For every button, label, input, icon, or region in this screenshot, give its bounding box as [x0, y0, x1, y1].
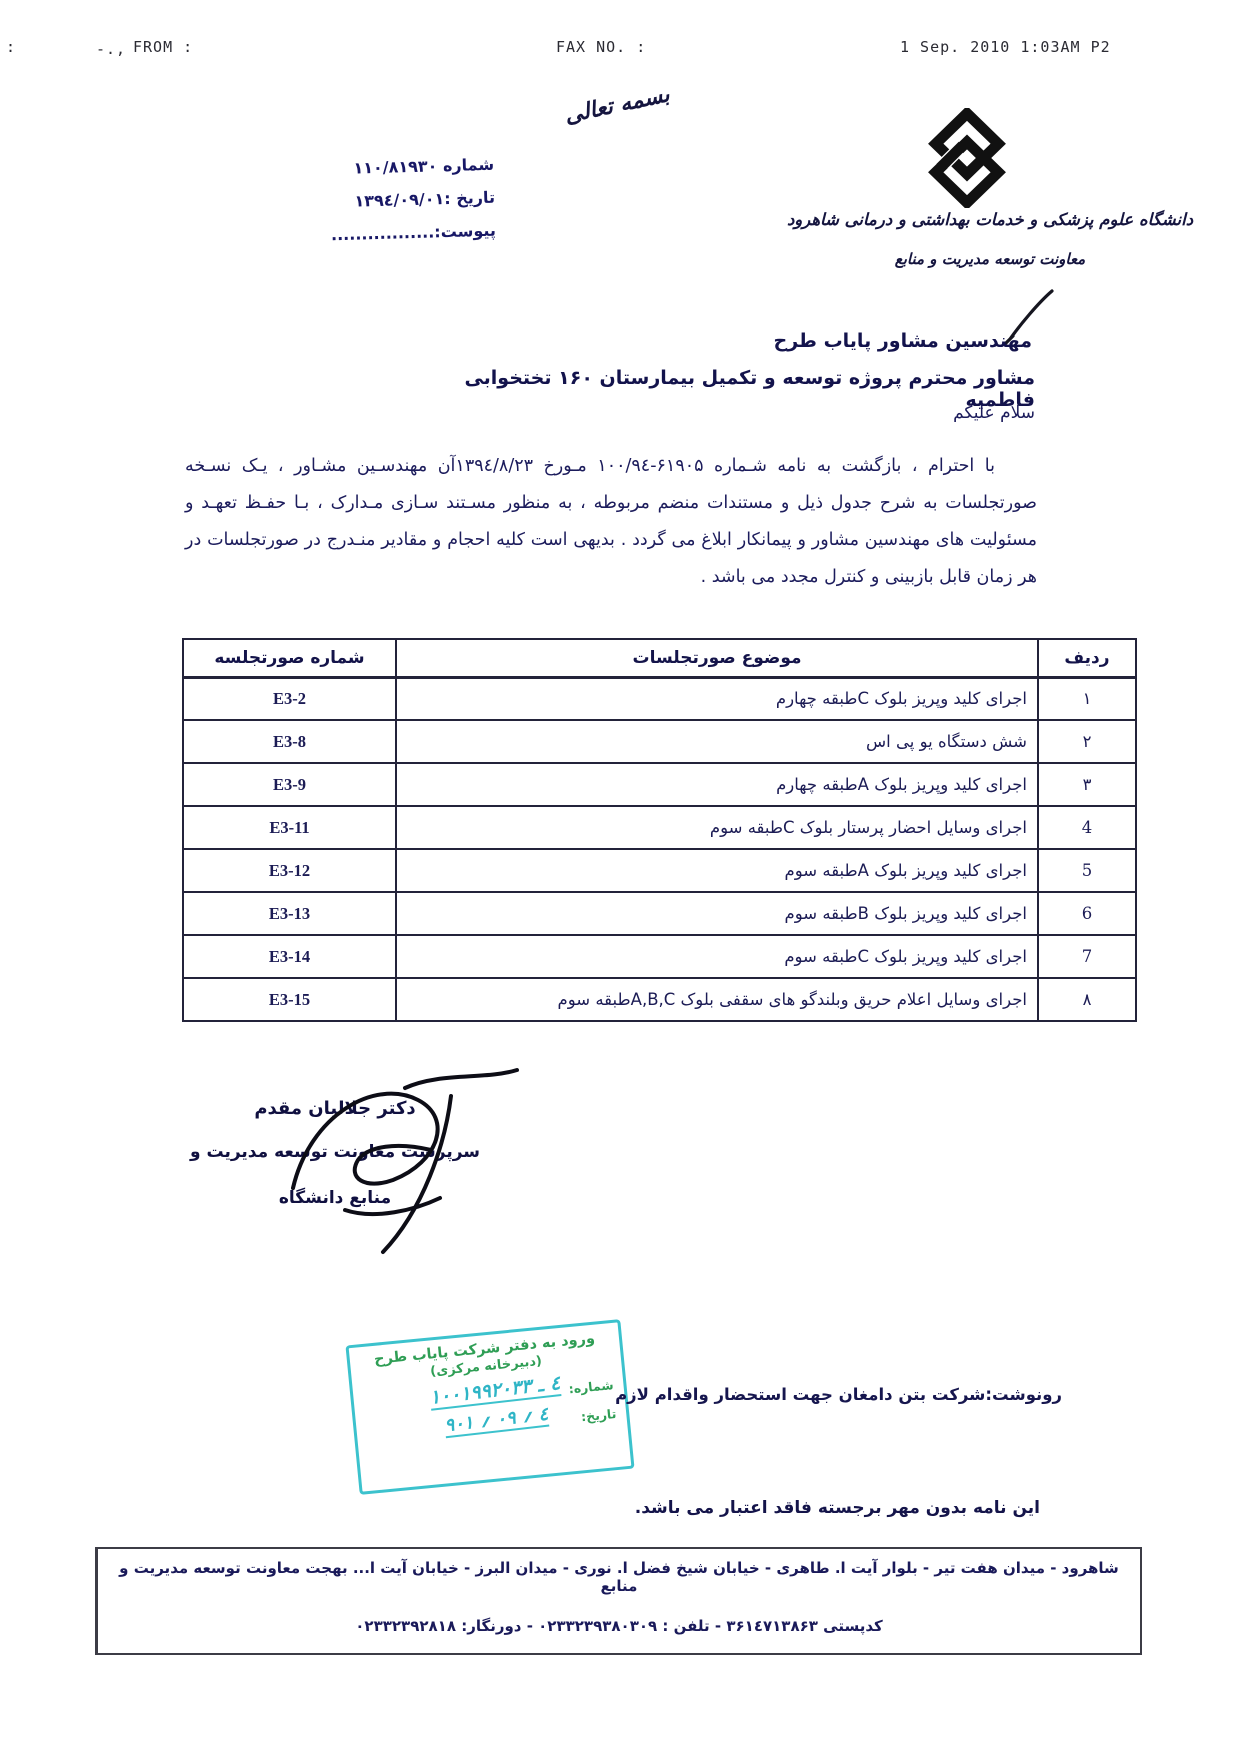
- footer-contact: کدپستی ۳۶۱٤۷۱۳۸۶۳ - تلفن : ۰۲۳۳۲۳۹۳۸۰۳۰۹…: [98, 1617, 1140, 1635]
- table-row: 5 اجرای کلید وپریز بلوک Aطبقه سوم E3-12: [183, 849, 1136, 892]
- knot-logo-icon: [922, 108, 1012, 208]
- row-number-cell: 7: [1038, 935, 1136, 978]
- table-row: ۱ اجرای کلید وپریز بلوک Cطبقه چهارم E3-2: [183, 677, 1136, 720]
- row-number-cell: 4: [1038, 806, 1136, 849]
- letter-date: تاریخ :۱۳۹٤/۰۹/۰۱: [330, 181, 496, 219]
- deputy-line: معاونت توسعه مدیریت و منابع: [855, 250, 1125, 268]
- letter-attachment: پیوست:.................: [330, 214, 496, 252]
- minutes-no-cell: E3-14: [183, 935, 396, 978]
- row-number-cell: ۸: [1038, 978, 1136, 1021]
- fax-number-label: FAX NO. :: [556, 38, 646, 56]
- header-row-number: ردیف: [1038, 639, 1136, 677]
- minutes-table: ردیف موضوع صورتجلسات شماره صورتجلسه ۱ اج…: [182, 638, 1137, 1022]
- fax-document-page: : -., FROM : FAX NO. : 1 Sep. 2010 1:03A…: [0, 0, 1240, 1753]
- validity-note: این نامه بدون مهر برجسته فاقد اعتبار می …: [520, 1498, 1040, 1518]
- table-row: ۲ شش دستگاه یو پی اس E3-8: [183, 720, 1136, 763]
- header-minutes-no: شماره صورتجلسه: [183, 639, 396, 677]
- table-row: 6 اجرای کلید وپریز بلوک Bطبقه سوم E3-13: [183, 892, 1136, 935]
- fax-corner-mark: :: [6, 38, 16, 56]
- letter-meta-block: شماره ۱۱۰/۸۱۹۳۰ تاریخ :۱۳۹٤/۰۹/۰۱ پیوست:…: [329, 148, 497, 252]
- row-number-cell: ۳: [1038, 763, 1136, 806]
- table-row: ۸ اجرای وسایل اعلام حریق وبلندگو های سقف…: [183, 978, 1136, 1021]
- minutes-table-wrap: ردیف موضوع صورتجلسات شماره صورتجلسه ۱ اج…: [182, 638, 1137, 1022]
- minutes-no-cell: E3-8: [183, 720, 396, 763]
- university-logo: [922, 108, 1012, 208]
- cc-line: رونوشت:شرکت بتن دامغان جهت استحضار واقدا…: [562, 1385, 1062, 1404]
- minutes-no-cell: E3-15: [183, 978, 396, 1021]
- stamp-date-label: تاریخ:: [580, 1406, 617, 1424]
- table-row: ۳ اجرای کلید وپریز بلوک Aطبقه چهارم E3-9: [183, 763, 1136, 806]
- university-name: دانشگاه علوم پزشکی و خدمات بهداشتی و درم…: [760, 210, 1220, 229]
- salutation: سلام علیکم: [735, 403, 1035, 423]
- table-row: 7 اجرای کلید وپریز بلوک Cطبقه سوم E3-14: [183, 935, 1136, 978]
- footer-box: شاهرود - میدان هفت تیر - بلوار آیت ا. طا…: [95, 1547, 1142, 1655]
- handwritten-signature: [255, 1060, 555, 1260]
- fax-from-label: FROM :: [133, 38, 193, 56]
- subject-cell: شش دستگاه یو پی اس: [396, 720, 1038, 763]
- subject-cell: اجرای کلید وپریز بلوک Cطبقه چهارم: [396, 677, 1038, 720]
- row-number-cell: ۲: [1038, 720, 1136, 763]
- stamp-date-value: ۹٤ ؍ ۰۹ ؍ ۰۱: [444, 1404, 550, 1439]
- bismillah-script: بسمه تعالی: [551, 79, 684, 131]
- table-row: 4 اجرای وسایل احضار پرستار بلوک Cطبقه سو…: [183, 806, 1136, 849]
- subject-cell: اجرای وسایل اعلام حریق وبلندگو های سقفی …: [396, 978, 1038, 1021]
- subject-cell: اجرای وسایل احضار پرستار بلوک Cطبقه سوم: [396, 806, 1038, 849]
- row-number-cell: ۱: [1038, 677, 1136, 720]
- letter-number: شماره ۱۱۰/۸۱۹۳۰: [329, 148, 495, 186]
- minutes-no-cell: E3-9: [183, 763, 396, 806]
- subject-cell: اجرای کلید وپریز بلوک Aطبقه سوم: [396, 849, 1038, 892]
- subject-cell: اجرای کلید وپریز بلوک Bطبقه سوم: [396, 892, 1038, 935]
- fax-corner-mark-2: -.,: [96, 40, 126, 58]
- recipient-line1: مهندسین مشاور پایاب طرح: [392, 330, 1032, 352]
- minutes-no-cell: E3-2: [183, 677, 396, 720]
- subject-cell: اجرای کلید وپریز بلوک Cطبقه سوم: [396, 935, 1038, 978]
- minutes-no-cell: E3-12: [183, 849, 396, 892]
- minutes-no-cell: E3-13: [183, 892, 396, 935]
- table-header-row: ردیف موضوع صورتجلسات شماره صورتجلسه: [183, 639, 1136, 677]
- footer-address: شاهرود - میدان هفت تیر - بلوار آیت ا. طا…: [98, 1559, 1140, 1595]
- letter-body-text: با احترام ، بازگشت به نامه شـماره ۶۱۹۰۵-…: [185, 456, 1037, 587]
- header-subject: موضوع صورتجلسات: [396, 639, 1038, 677]
- subject-cell: اجرای کلید وپریز بلوک Aطبقه چهارم: [396, 763, 1038, 806]
- fax-timestamp: 1 Sep. 2010 1:03AM P2: [900, 38, 1111, 56]
- entry-stamp: ورود به دفتر شرکت پایاب طرح (دبیرخانه مر…: [345, 1319, 634, 1495]
- letter-body: با احترام ، بازگشت به نامه شـماره ۶۱۹۰۵-…: [185, 448, 1037, 596]
- minutes-no-cell: E3-11: [183, 806, 396, 849]
- row-number-cell: 6: [1038, 892, 1136, 935]
- row-number-cell: 5: [1038, 849, 1136, 892]
